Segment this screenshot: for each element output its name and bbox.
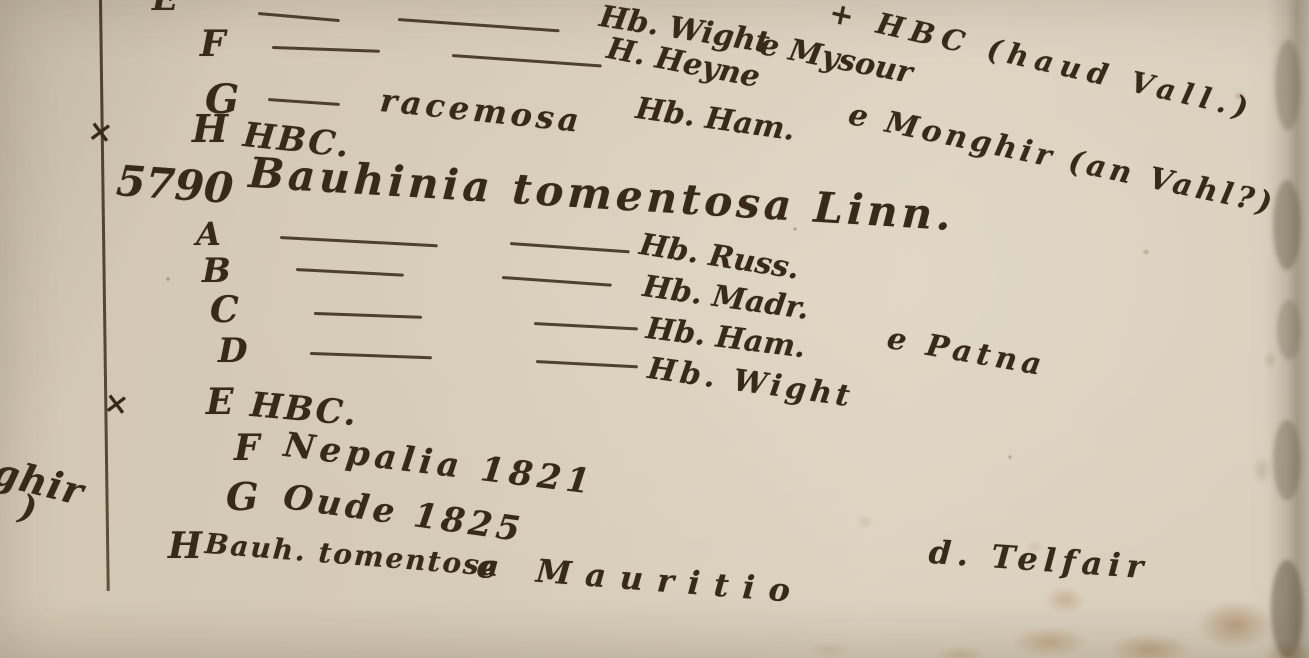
entry-number: 5790 bbox=[115, 160, 235, 210]
ditto-dash bbox=[296, 268, 404, 277]
ditto-dash bbox=[268, 98, 340, 106]
prev-row-h-cross-mark: × bbox=[86, 116, 115, 149]
entry-row-f-letter: F bbox=[234, 430, 260, 466]
manuscript-page-photo: E Hb. Wight e Mysour + HBC (haud Vall.) … bbox=[0, 0, 1309, 658]
ditto-dash bbox=[452, 54, 602, 67]
prev-row-g-species: racemosa bbox=[379, 84, 585, 137]
entry-row-c-letter: C bbox=[210, 292, 239, 328]
page-edge-smudge bbox=[1267, 0, 1309, 658]
ditto-dash bbox=[280, 236, 438, 247]
ditto-dash bbox=[534, 322, 638, 330]
ditto-dash bbox=[258, 12, 340, 22]
ditto-dash bbox=[510, 242, 630, 253]
entry-row-b-letter: B bbox=[202, 254, 231, 288]
ditto-dash bbox=[272, 46, 380, 53]
entry-row-d-source: Hb. Wight bbox=[646, 354, 856, 413]
entry-row-h-note: d. Telfair bbox=[928, 536, 1151, 583]
prev-row-e-letter: E bbox=[152, 0, 178, 16]
entry-row-d-letter: D bbox=[218, 334, 247, 368]
entry-row-h-locality: e Mauritio bbox=[475, 550, 805, 608]
entry-row-e-source: HBC. bbox=[249, 388, 359, 431]
ditto-dash bbox=[502, 276, 612, 287]
edge-smudge-blob bbox=[1273, 420, 1301, 500]
ditto-dash bbox=[314, 312, 422, 319]
entry-species-name: Bauhinia tomentosa Linn. bbox=[247, 152, 956, 237]
edge-smudge-blob bbox=[1275, 40, 1301, 130]
entry-row-e-cross-mark: × bbox=[102, 388, 131, 421]
prev-row-f-letter: F bbox=[200, 26, 226, 62]
margin-rule bbox=[99, 0, 109, 591]
ditto-dash bbox=[536, 360, 638, 368]
edge-smudge-blob bbox=[1277, 300, 1301, 360]
entry-row-g-letter: G bbox=[226, 478, 258, 516]
prev-row-h-letter: H bbox=[192, 110, 228, 148]
ditto-dash bbox=[310, 352, 432, 359]
margin-fragment-top: ghir bbox=[0, 452, 88, 511]
entry-row-h-letter: H bbox=[168, 528, 202, 564]
edge-smudge-blob bbox=[1271, 560, 1303, 658]
ditto-dash bbox=[398, 18, 560, 32]
entry-row-e-letter: E bbox=[206, 384, 233, 420]
entry-row-c-locality: e Patna bbox=[885, 324, 1049, 381]
prev-row-g-source: Hb. Ham. bbox=[634, 94, 797, 146]
entry-row-a-letter: A bbox=[196, 218, 221, 250]
